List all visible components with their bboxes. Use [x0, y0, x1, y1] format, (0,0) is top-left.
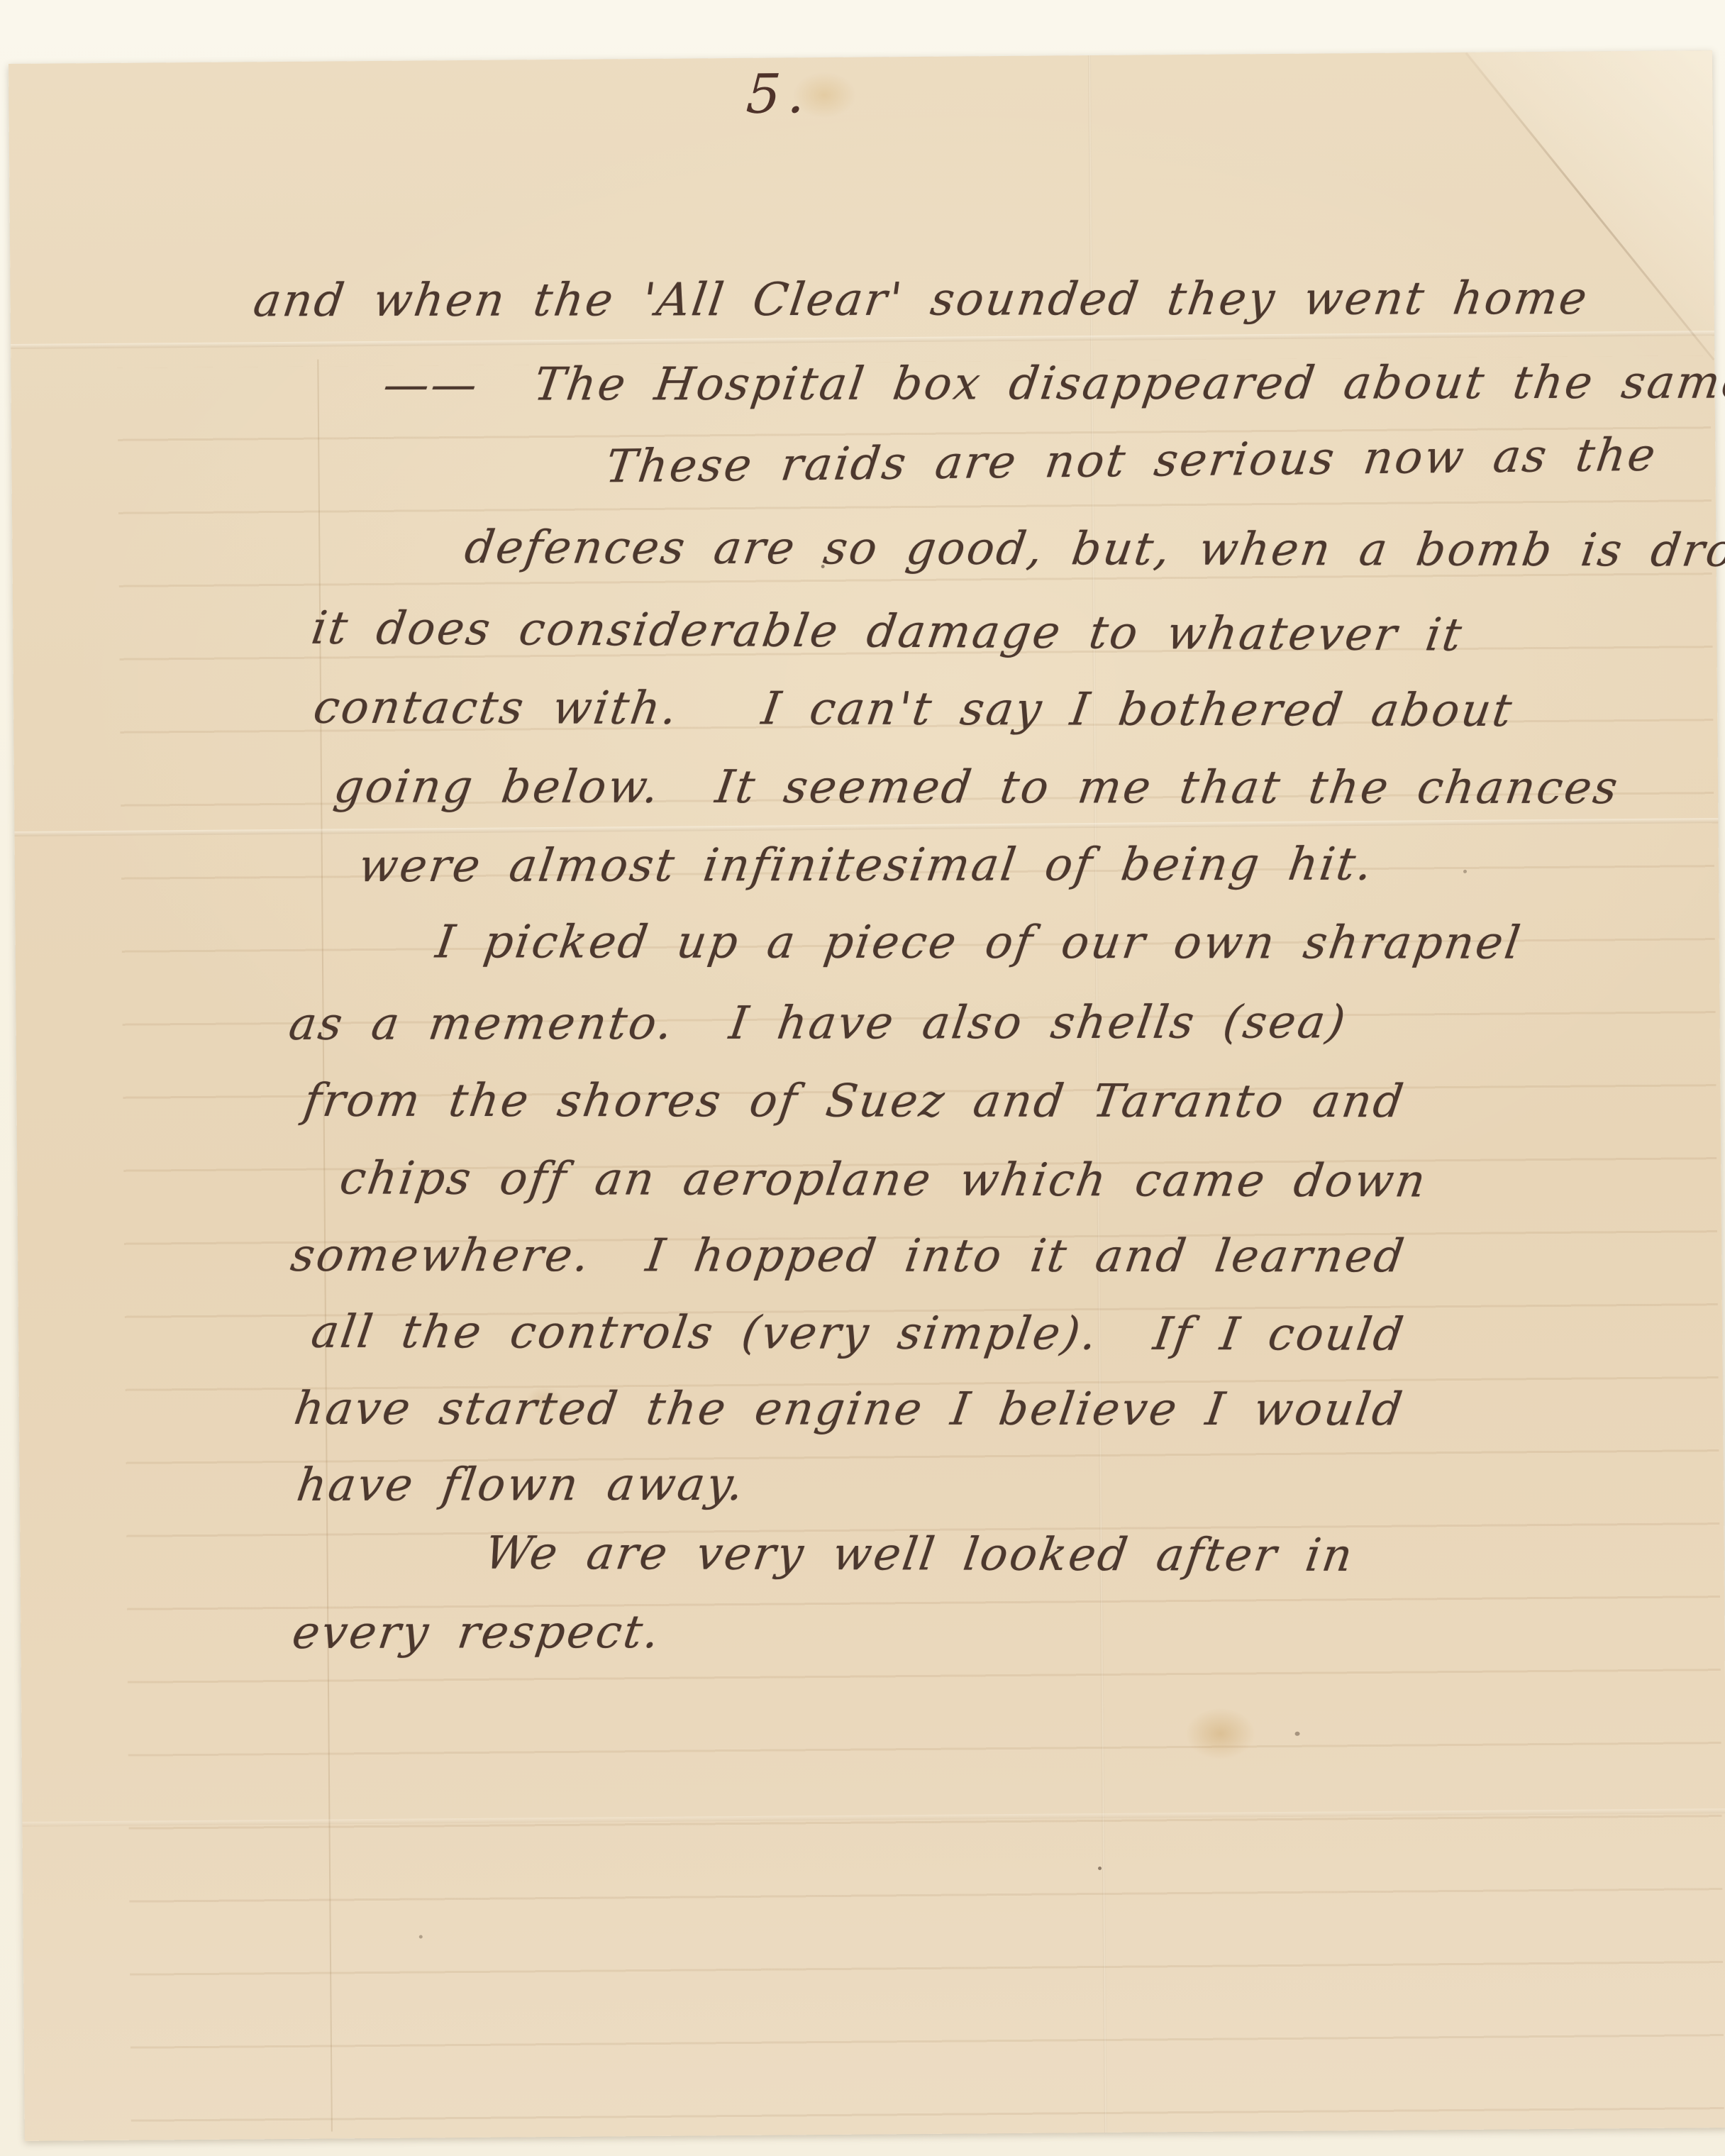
- handwritten-line-2: —— The Hospital box disappeared about th…: [380, 356, 1725, 411]
- handwritten-line-18: every respect.: [289, 1606, 665, 1659]
- handwritten-line-6: contacts with. I can't say I bothered ab…: [310, 682, 1516, 738]
- ink-speck: [419, 1935, 423, 1938]
- handwritten-line-12: chips off an aeroplane which came down: [337, 1152, 1431, 1207]
- handwritten-line-5: it does considerable damage to whatever …: [309, 602, 1468, 662]
- page-number: 5.: [745, 62, 814, 126]
- fold-crease-upper: [11, 331, 1714, 349]
- scan-background: 5. and when the 'All Clear' sounded they…: [0, 0, 1725, 2156]
- handwritten-line-1: and when the 'All Clear' sounded they we…: [250, 272, 1592, 327]
- handwritten-line-14: all the controls (very simple). If I cou…: [308, 1306, 1408, 1361]
- ink-speck: [1295, 1732, 1300, 1736]
- handwritten-line-7: going below. It seemed to me that the ch…: [331, 761, 1622, 814]
- handwritten-line-13: somewhere. I hopped into it and learned: [287, 1229, 1409, 1283]
- handwritten-line-15: have started the engine I believe I woul…: [291, 1383, 1407, 1436]
- stain: [1185, 1707, 1256, 1760]
- handwritten-line-8: were almost infinitesimal of being hit.: [355, 839, 1377, 893]
- handwritten-line-4: defences are so good, but, when a bomb i…: [462, 521, 1725, 577]
- handwritten-line-16: have flown away.: [294, 1459, 749, 1512]
- letter-page: 5. and when the 'All Clear' sounded they…: [9, 50, 1725, 2141]
- handwritten-line-17: We are very well looked after in: [482, 1527, 1358, 1582]
- handwritten-line-11: from the shores of Suez and Taranto and: [301, 1075, 1409, 1128]
- handwritten-line-9: I picked up a piece of our own shrapnel: [433, 916, 1525, 969]
- ink-speck: [1098, 1867, 1102, 1870]
- handwritten-line-10: as a memento. I have also shells (sea): [286, 996, 1350, 1051]
- ink-speck: [1463, 870, 1467, 873]
